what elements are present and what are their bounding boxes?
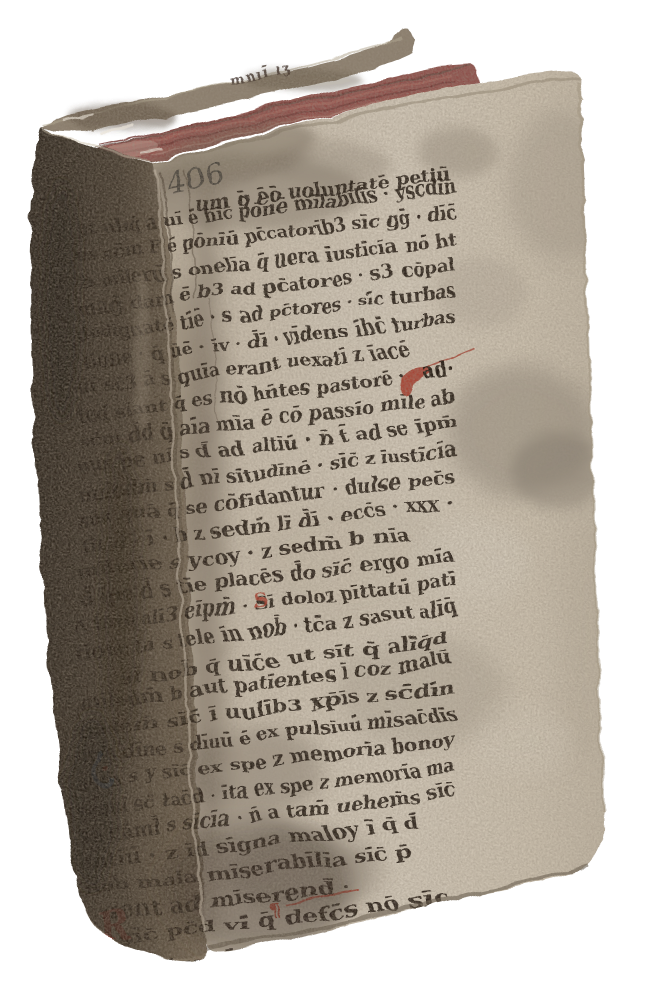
book-photo-svg: um q̄ ēō uoluntatē petiūht alıq̄ a uī ē … [0,0,649,1000]
book-photograph: um q̄ ēō uoluntatē petiūht alıq̄ a uī ē … [0,0,649,1000]
book: um q̄ ēō uoluntatē petiūht alıq̄ a uī ē … [0,0,649,1000]
parchment-grain [0,0,649,1000]
